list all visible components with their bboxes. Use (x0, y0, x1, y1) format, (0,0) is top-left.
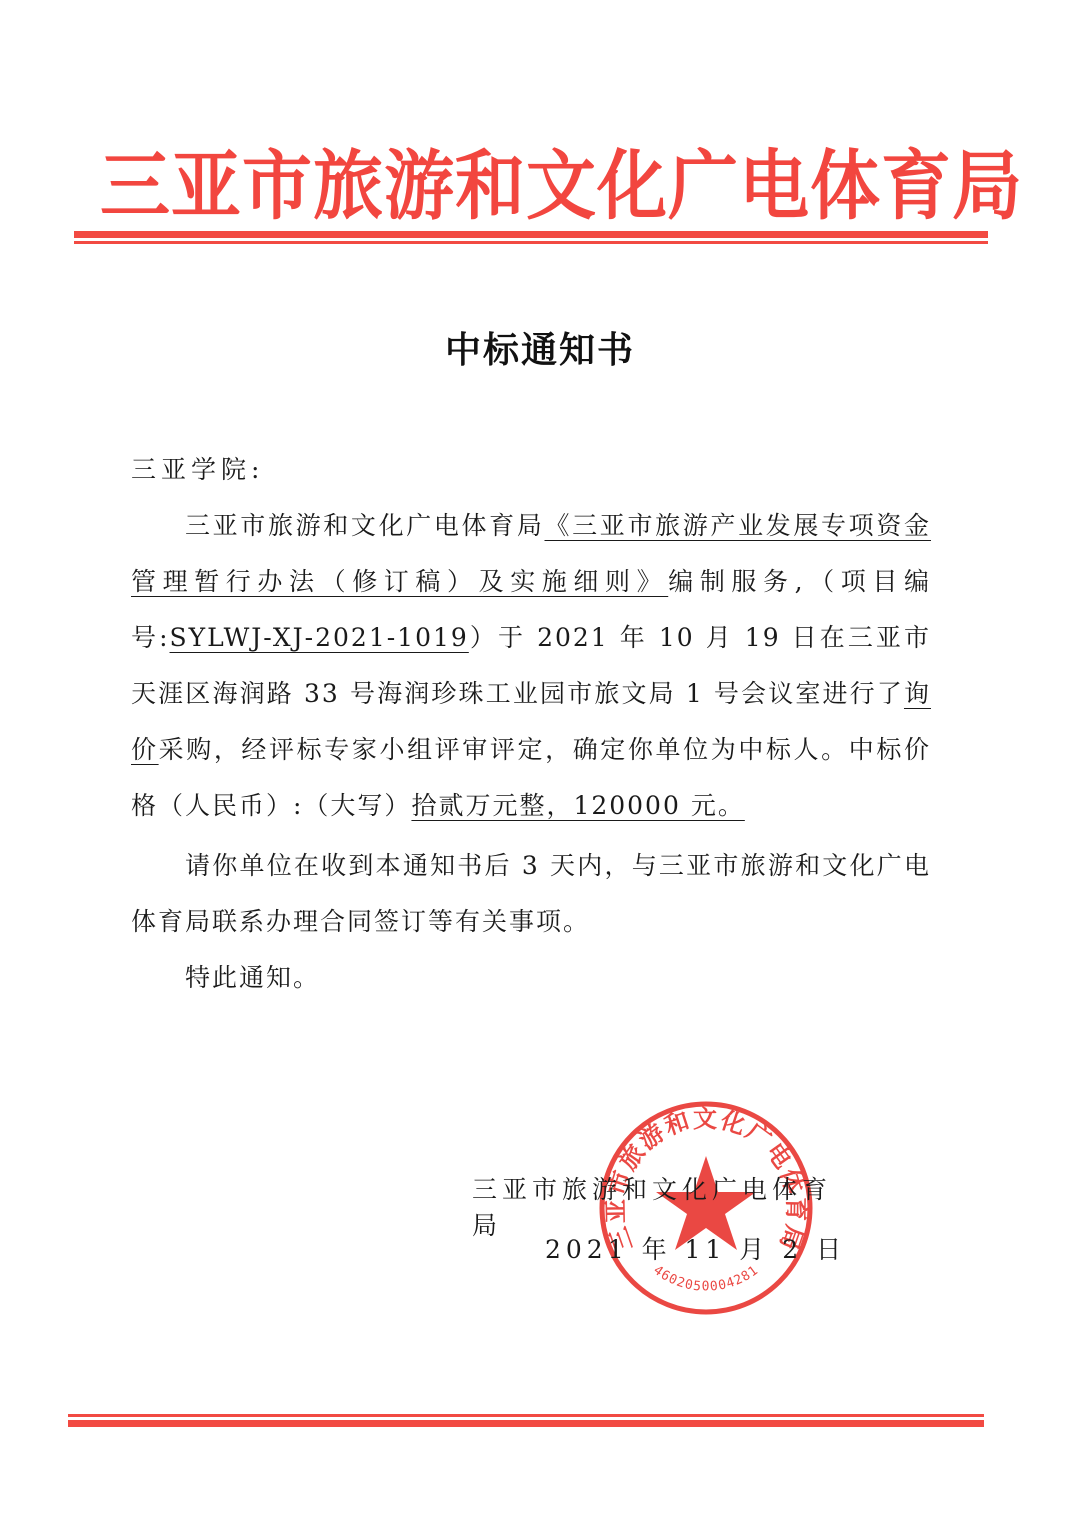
letterhead-divider (74, 231, 988, 244)
award-price: 拾贰万元整，120000 元。 (411, 791, 744, 820)
document-title: 中标通知书 (0, 322, 1080, 373)
contract-instruction-paragraph: 请你单位在收到本通知书后 3 天内，与三亚市旅游和文化广电体育局联系办理合同签订… (131, 838, 931, 950)
signature-org-name: 三亚市旅游和文化广电体育局 (472, 1170, 852, 1214)
issuer-name: 三亚市旅游和文化广电体育局 (185, 511, 545, 540)
project-number: SYLWJ-XJ-2021-1019 (170, 623, 469, 652)
document-body: 三亚学院: 三亚市旅游和文化广电体育局《三亚市旅游产业发展专项资金管理暂行办法（… (131, 442, 931, 1006)
award-paragraph: 三亚市旅游和文化广电体育局《三亚市旅游产业发展专项资金管理暂行办法（修订稿）及实… (131, 498, 931, 834)
svg-text:4602050004281: 4602050004281 (650, 1263, 761, 1295)
seal-serial: 4602050004281 (650, 1263, 761, 1295)
closing-paragraph: 特此通知。 (131, 950, 931, 1006)
salutation: 三亚学院: (131, 442, 931, 498)
service-suffix: 编制服务 (668, 567, 794, 596)
divider-thick-line (74, 231, 988, 238)
divider-thin-line (74, 241, 988, 244)
footer-divider (68, 1414, 984, 1427)
divider-thick-line (68, 1420, 984, 1427)
signature-block: 三亚市旅游和文化广电体育局 2021 年 11 月 2 日 (472, 1170, 852, 1266)
letterhead-org-name: 三亚市旅游和文化广电体育局 (100, 134, 980, 238)
signature-date: 2021 年 11 月 2 日 (472, 1230, 852, 1266)
